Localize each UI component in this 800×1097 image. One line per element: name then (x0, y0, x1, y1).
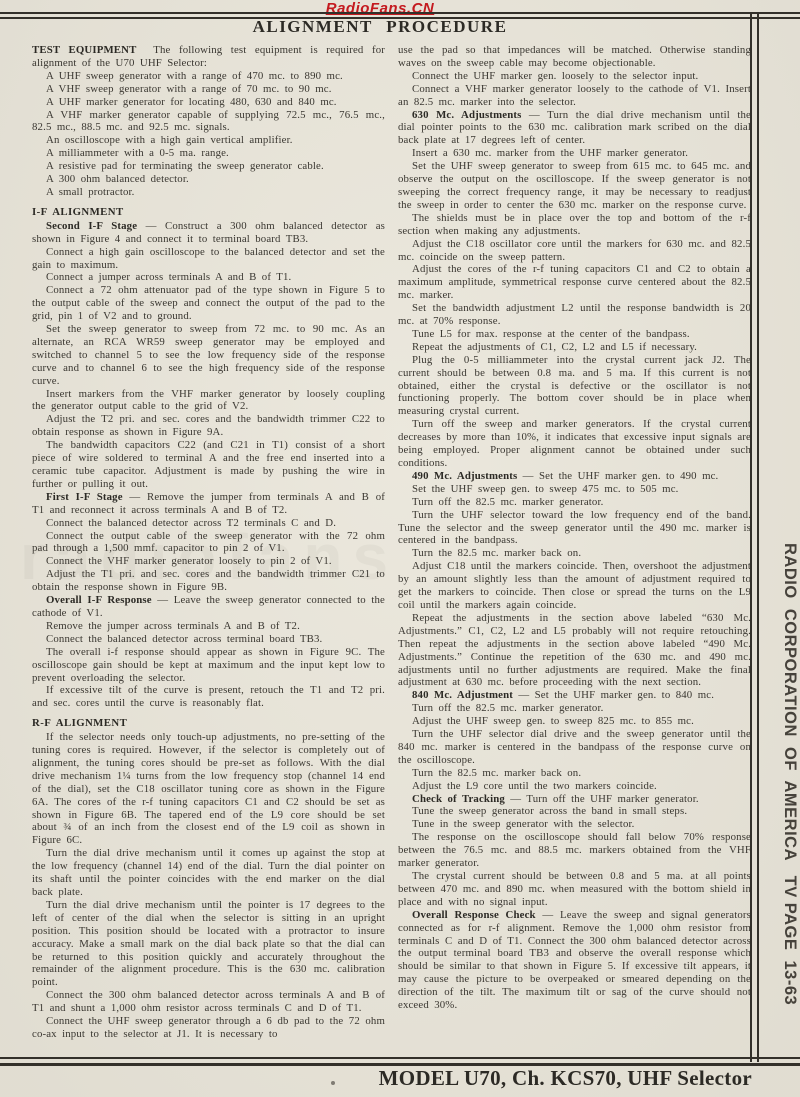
paragraph: Turn the 82.5 mc. marker back on. (398, 547, 751, 560)
paragraph: Adjust the C18 oscillator core until the… (398, 238, 751, 264)
paragraph: The bandwidth capacitors C22 (and C21 in… (32, 439, 385, 491)
paragraph: Set the UHF sweep gen. to sweep 475 mc. … (398, 483, 751, 496)
paragraph: Overall I-F Response — Leave the sweep g… (32, 594, 385, 620)
paragraph: Set the UHF sweep generator to sweep fro… (398, 160, 751, 212)
paragraph: Connect the balanced detector across T2 … (32, 517, 385, 530)
paragraph-lead: Overall I-F Response (46, 594, 152, 606)
paragraph-lead: TEST EQUIPMENT (32, 44, 136, 56)
paragraph: Set the bandwidth adjustment L2 until th… (398, 302, 751, 328)
right-double-rule (750, 12, 759, 1062)
paragraph: Connect the 300 ohm balanced detector ac… (32, 989, 385, 1015)
paragraph: Repeat the adjustments of C1, C2, L2 and… (398, 341, 751, 354)
paragraph: A VHF marker generator capable of supply… (32, 109, 385, 135)
paragraph: Connect a VHF marker generator loosely t… (398, 83, 751, 109)
paragraph: The shields must be in place over the to… (398, 212, 751, 238)
paragraph: Overall Response Check — Leave the sweep… (398, 909, 751, 1012)
paragraph: Connect the UHF marker gen. loosely to t… (398, 70, 751, 83)
bottom-double-rule (0, 1057, 800, 1066)
paragraph-lead: Check of Tracking (412, 793, 505, 805)
section-heading: I-F ALIGNMENT (32, 206, 385, 219)
paragraph-lead: 630 Mc. Adjustments (412, 109, 521, 121)
paragraph: 630 Mc. Adjustments — Turn the dial driv… (398, 109, 751, 148)
paragraph: A resistive pad for terminating the swee… (32, 160, 385, 173)
paragraph: A small protractor. (32, 186, 385, 199)
paragraph: Remove the jumper across terminals A and… (32, 620, 385, 633)
page-title: ALIGNMENT PROCEDURE (0, 17, 760, 37)
paragraph: If the selector needs only touch-up adju… (32, 731, 385, 847)
scan-speck (331, 1081, 335, 1085)
paragraph: A 300 ohm balanced detector. (32, 173, 385, 186)
paragraph: Turn the 82.5 mc. marker back on. (398, 767, 751, 780)
paragraph: 840 Mc. Adjustment — Set the UHF marker … (398, 689, 751, 702)
paragraph: use the pad so that impedances will be m… (398, 44, 751, 70)
paragraph: Check of Tracking — Turn off the UHF mar… (398, 793, 751, 806)
scanned-manual-page: radiofans RadioFans.CN ALIGNMENT PROCEDU… (0, 0, 800, 1097)
paragraph: Connect the UHF sweep generator through … (32, 1015, 385, 1041)
paragraph: The overall i-f response should appear a… (32, 646, 385, 685)
paragraph: Connect a high gain oscilloscope to the … (32, 246, 385, 272)
paragraph: Turn the UHF selector toward the low fre… (398, 509, 751, 548)
paragraph: Turn the dial drive mechanism until it c… (32, 847, 385, 899)
paragraph: Turn the UHF selector dial drive and the… (398, 728, 751, 767)
paragraph-lead: 840 Mc. Adjustment (412, 689, 513, 701)
paragraph: A UHF sweep generator with a range of 47… (32, 70, 385, 83)
paragraph: Turn off the 82.5 mc. marker generator. (398, 496, 751, 509)
paragraph: A milliammeter with a 0-5 ma. range. (32, 147, 385, 160)
paragraph-lead: 490 Mc. Adjustments (412, 470, 517, 482)
paragraph: Tune L5 for max. response at the center … (398, 328, 751, 341)
paragraph: If excessive tilt of the curve is presen… (32, 684, 385, 710)
left-column: TEST EQUIPMENT The following test equipm… (32, 44, 385, 1056)
paragraph: Repeat the adjustments in the section ab… (398, 612, 751, 689)
paragraph: Insert markers from the VHF marker gener… (32, 388, 385, 414)
right-column: use the pad so that impedances will be m… (398, 44, 751, 1056)
paragraph: Turn the dial drive mechanism until the … (32, 899, 385, 989)
paragraph: An oscilloscope with a high gain vertica… (32, 134, 385, 147)
paragraph-lead: Second I-F Stage (46, 220, 137, 232)
paragraph: A UHF marker generator for locating 480,… (32, 96, 385, 109)
paragraph: TEST EQUIPMENT The following test equipm… (32, 44, 385, 70)
paragraph: Set the sweep generator to sweep from 72… (32, 323, 385, 388)
paragraph: Adjust the UHF sweep gen. to sweep 825 m… (398, 715, 751, 728)
paragraph: Adjust C18 until the markers coincide. T… (398, 560, 751, 612)
paragraph: Connect the output cable of the sweep ge… (32, 530, 385, 556)
paragraph: First I-F Stage — Remove the jumper from… (32, 491, 385, 517)
paragraph: Turn off the sweep and marker generators… (398, 418, 751, 470)
paragraph: The response on the oscilloscope should … (398, 831, 751, 870)
paragraph: Tune the sweep generator across the band… (398, 805, 751, 818)
body-content: TEST EQUIPMENT The following test equipm… (32, 44, 752, 1056)
paragraph: Insert a 630 mc. marker from the UHF mar… (398, 147, 751, 160)
paragraph: Connect a 72 ohm attenuator pad of the t… (32, 284, 385, 323)
paragraph: Adjust the L9 core until the two markers… (398, 780, 751, 793)
paragraph-lead: Overall Response Check (412, 909, 536, 921)
paragraph: Plug the 0-5 milliammeter into the cryst… (398, 354, 751, 419)
paragraph-lead: First I-F Stage (46, 491, 123, 503)
paragraph: Turn off the 82.5 mc. marker generator. (398, 702, 751, 715)
section-heading: R-F ALIGNMENT (32, 717, 385, 730)
paragraph: Adjust the cores of the r-f tuning capac… (398, 263, 751, 302)
paragraph: 490 Mc. Adjustments — Set the UHF marker… (398, 470, 751, 483)
footer-model-text: MODEL U70, Ch. KCS70, UHF Selector (0, 1066, 758, 1091)
paragraph: Adjust the T2 pri. and sec. cores and th… (32, 413, 385, 439)
paragraph: Connect a jumper across terminals A and … (32, 271, 385, 284)
paragraph: A VHF sweep generator with a range of 70… (32, 83, 385, 96)
sidebar-vertical-text: RADIO CORPORATION OF AMERICA TV PAGE 13-… (761, 543, 799, 1073)
paragraph: Adjust the T1 pri. and sec. cores and th… (32, 568, 385, 594)
paragraph: The crystal current should be between 0.… (398, 870, 751, 909)
paragraph: Tune in the sweep generator with the sel… (398, 818, 751, 831)
paragraph: Connect the VHF marker generator loosely… (32, 555, 385, 568)
paragraph: Second I-F Stage — Construct a 300 ohm b… (32, 220, 385, 246)
paragraph: Connect the balanced detector across ter… (32, 633, 385, 646)
